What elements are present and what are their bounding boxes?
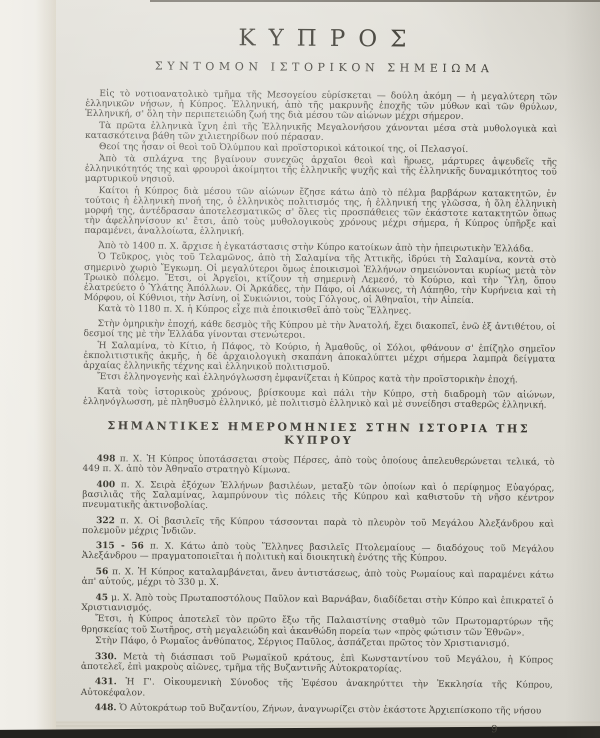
intro-paragraph: Τὰ πρῶτα ἑλληνικὰ ἴχνη ἐπὶ τῆς Ἑλληνικῆς…	[85, 121, 557, 145]
intro-paragraph: Εἰς τὸ νοτιοανατολικὸ τμῆμα τῆς Μεσογείο…	[85, 89, 557, 123]
intro-section: Εἰς τὸ νοτιοανατολικὸ τμῆμα τῆς Μεσογείο…	[83, 89, 557, 411]
timeline-date: 56	[96, 567, 109, 577]
section-heading: ΣΗΜΑΝΤΙΚΕΣ ΗΜΕΡΟΜΗΝΙΕΣ ΣΤΗΝ ΙΣΤΟΡΙΑ ΤΗΣ …	[83, 419, 555, 449]
timeline-entry: 431. Ἡ Γ'. Οἰκουμενικὴ Σύνοδος τῆς Ἐφέσο…	[81, 677, 553, 701]
page-content: ΚΥΠΡΟΣ ΣΥΝΤΟΜΟΝ ΙΣΤΟΡΙΚΟΝ ΣΗΜΕΙΩΜΑ Εἰς τ…	[80, 24, 558, 736]
timeline-date: 45	[95, 593, 108, 603]
intro-paragraph: Ἀπὸ τὰ σπλάχνα της βγαίνουν συνεχῶς ἀρχα…	[85, 154, 557, 188]
timeline-text: Ὁ Αὐτοκράτωρ τοῦ Βυζαντίου, Ζήνων, ἀναγν…	[119, 703, 541, 716]
timeline-text: Ἡ Γ'. Οἰκουμενικὴ Σύνοδος τῆς Ἐφέσου ἀνα…	[81, 678, 553, 698]
timeline-era: μ. Χ.	[108, 593, 132, 603]
timeline-date: 498	[97, 454, 116, 464]
page-subtitle: ΣΥΝΤΟΜΟΝ ΙΣΤΟΡΙΚΟΝ ΣΗΜΕΙΩΜΑ	[86, 59, 558, 76]
timeline-section: 498 π. Χ. Ἡ Κύπρος ὑποτάσσεται στοὺς Πέρ…	[81, 454, 555, 717]
timeline-entry: 498 π. Χ. Ἡ Κύπρος ὑποτάσσεται στοὺς Πέρ…	[82, 454, 554, 478]
timeline-date: 330.	[95, 652, 117, 662]
timeline-date: 448.	[95, 703, 117, 713]
intro-paragraph: Κατὰ τοὺς ἱστορικοὺς χρόνους, βρίσκουμε …	[83, 387, 555, 411]
timeline-entry: 45 μ. Χ. Ἀπὸ τοὺς Πρωταποστόλους Παῦλον …	[81, 593, 553, 617]
intro-paragraph: Καίτοι ἡ Κύπρος διὰ μέσου τῶν αἰώνων ἔζη…	[84, 186, 556, 240]
timeline-entry-continuation: Ἔτσι, ἡ Κύπρος ἀποτελεῖ τὸν πρῶτο ἔξω τῆ…	[81, 614, 553, 638]
timeline-entry-continuation: Στὴν Πάφο, ὁ Ρωμαῖος ἀνθύπατος, Σέργιος …	[81, 636, 553, 650]
timeline-entry: 315 - 56 π. Χ. Κάτω ἀπὸ τοὺς Ἕλληνες βασ…	[82, 541, 554, 565]
book-photo: ΚΥΠΡΟΣ ΣΥΝΤΟΜΟΝ ΙΣΤΟΡΙΚΟΝ ΣΗΜΕΙΩΜΑ Εἰς τ…	[0, 0, 600, 738]
intro-paragraph: Ἔτσι ἑλληνογενὴς καὶ ἑλληνόγλωσση ἐμφανί…	[83, 372, 555, 386]
timeline-text: Σειρὰ ἐξόχων Ἑλλήνων βασιλέων, μεταξὺ τῶ…	[82, 480, 554, 511]
page-title: ΚΥΠΡΟΣ	[86, 24, 558, 54]
photo-top-edge	[150, 0, 600, 2]
timeline-entry: 400 π. Χ. Σειρὰ ἐξόχων Ἑλλήνων βασιλέων,…	[82, 480, 554, 514]
timeline-entry: 448. Ὁ Αὐτοκράτωρ τοῦ Βυζαντίου, Ζήνων, …	[81, 703, 553, 717]
timeline-era: π. Χ.	[115, 454, 142, 464]
timeline-text: Μετὰ τὴ διάσπασι τοῦ Ρωμαϊκοῦ κράτους, ἐ…	[81, 652, 553, 674]
timeline-era: π. Χ.	[115, 516, 143, 526]
timeline-entry: 322 π. Χ. Οἱ βασιλεῖς τῆς Κύπρου τάσσοντ…	[82, 516, 554, 540]
timeline-text: Ἡ Κύπρος καταλαμβάνεται, ἄνευ ἀντιστάσεω…	[82, 567, 554, 588]
intro-paragraph: Κατὰ τὸ 1180 π. Χ. ἡ Κύπρος εἶχε πιὰ ἐπο…	[84, 304, 556, 318]
timeline-text: Ἀπὸ τοὺς Πρωταποστόλους Παῦλον καὶ Βαρνά…	[81, 593, 553, 613]
timeline-date: 431.	[95, 677, 117, 687]
timeline-date: 322	[96, 516, 115, 526]
timeline-text: Οἱ βασιλεῖς τῆς Κύπρου τάσσονται παρὰ τὸ…	[82, 516, 554, 536]
timeline-era: π. Χ.	[108, 567, 134, 577]
timeline-entry: 330. Μετὰ τὴ διάσπασι τοῦ Ρωμαϊκοῦ κράτο…	[81, 652, 553, 676]
intro-paragraph: Στὴν ὁμηρικὴν ἐποχή, κάθε δεσμὸς τῆς Κύπ…	[84, 319, 556, 343]
timeline-date: 400	[96, 480, 115, 490]
timeline-text: Ἡ Κύπρος ὑποτάσσεται στοὺς Πέρσες, ἀπὸ τ…	[82, 455, 554, 476]
timeline-era: π. Χ.	[115, 480, 144, 490]
intro-paragraph: Ὁ Τεῦκρος, γιὸς τοῦ Τελαμῶνος, ἀπὸ τὴ Σα…	[84, 252, 556, 306]
timeline-entry: 56 π. Χ. Ἡ Κύπρος καταλαμβάνεται, ἄνευ ἀ…	[82, 567, 554, 591]
intro-paragraph: Ἡ Σαλαμίνα, τὸ Κίτιο, ἡ Πάφος, τὸ Κούριο…	[83, 341, 555, 375]
